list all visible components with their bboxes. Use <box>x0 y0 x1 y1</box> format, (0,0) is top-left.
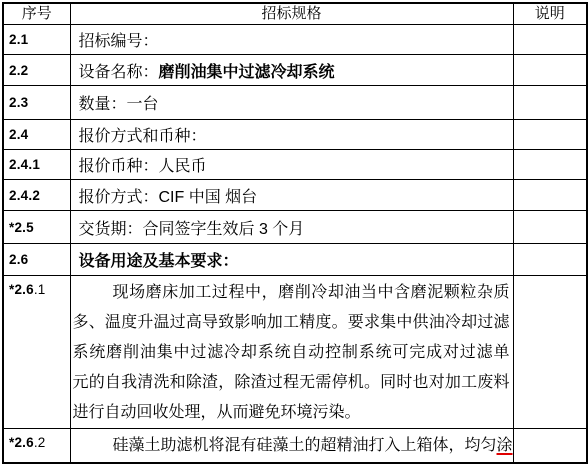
paragraph-line: 系统磨削油集中过滤冷却系统自动控制系统可完成对过滤单 <box>73 338 510 368</box>
serial-cell: 2.2 <box>3 55 70 86</box>
serial-number: *2.6 <box>9 282 34 297</box>
serial-cell: 2.3 <box>3 86 70 120</box>
serial-number: 2.1 <box>9 32 28 47</box>
table-header-row: 序号 招标规格 说明 <box>3 3 587 25</box>
serial-cell: *2.5 <box>3 211 70 244</box>
serial-cell: *2.6.2 <box>3 429 70 463</box>
table-row: *2.6.1 现场磨床加工过程中，磨削冷却油当中含磨泥颗粒杂质 多、温度升温过高… <box>3 276 587 429</box>
paragraph-line: 多、温度升温过高导致影响加工精度。要求集中供油冷却过滤 <box>73 308 510 338</box>
proofing-marked-text: 涂 <box>497 437 513 454</box>
equipment-name: 磨削油集中过滤冷却系统 <box>159 64 335 81</box>
spec-cell: 报价币种：人民币 <box>70 150 513 180</box>
spec-cell: 报价方式和币种： <box>70 120 513 150</box>
serial-cell: 2.4.2 <box>3 180 70 211</box>
spec-paragraph-cell: 现场磨床加工过程中，磨削冷却油当中含磨泥颗粒杂质 多、温度升温过高导致影响加工精… <box>70 276 513 429</box>
serial-number: *2.5 <box>9 220 34 235</box>
serial-number: 2.4.2 <box>9 188 40 203</box>
serial-cell: 2.4 <box>3 120 70 150</box>
section-heading: 设备用途及基本要求： <box>79 253 239 270</box>
spec-text: 交货期：合同签字生效后 3 个月 <box>79 221 305 238</box>
serial-number: 2.4.1 <box>9 157 40 172</box>
serial-number: 2.2 <box>9 63 28 78</box>
table-row: 2.4 报价方式和币种： <box>3 120 587 150</box>
note-cell <box>513 120 587 150</box>
spec-text: 招标编号： <box>79 33 159 50</box>
spec-cell: 交货期：合同签字生效后 3 个月 <box>70 211 513 244</box>
spec-label: 设备名称： <box>79 64 159 81</box>
serial-number: 2.3 <box>9 95 28 110</box>
table-row: 2.3 数量：一台 <box>3 86 587 120</box>
note-cell <box>513 55 587 86</box>
serial-cell: *2.6.1 <box>3 276 70 429</box>
tender-spec-table: 序号 招标规格 说明 2.1 招标编号： 2.2 设备名称：磨削油集中过滤冷却系… <box>2 2 588 464</box>
serial-number-tail: .2 <box>34 435 46 450</box>
paragraph-line: 硅藻土助滤机将混有硅藻土的超精油打入上箱体，均匀涂 <box>73 431 510 461</box>
table-row: 2.6 设备用途及基本要求： <box>3 244 587 276</box>
table-row: 2.4.2 报价方式：CIF 中国 烟台 <box>3 180 587 211</box>
table-row: 2.1 招标编号： <box>3 25 587 55</box>
paragraph-line: 现场磨床加工过程中，磨削冷却油当中含磨泥颗粒杂质 <box>73 278 510 308</box>
table-row: *2.6.2 硅藻土助滤机将混有硅藻土的超精油打入上箱体，均匀涂 <box>3 429 587 463</box>
note-cell <box>513 211 587 244</box>
spec-cell: 设备名称：磨削油集中过滤冷却系统 <box>70 55 513 86</box>
serial-cell: 2.6 <box>3 244 70 276</box>
spec-text: 报价方式和币种： <box>79 128 207 145</box>
note-cell <box>513 244 587 276</box>
spec-paragraph-cell: 硅藻土助滤机将混有硅藻土的超精油打入上箱体，均匀涂 <box>70 429 513 463</box>
table-row: 2.4.1 报价币种：人民币 <box>3 150 587 180</box>
note-cell <box>513 25 587 55</box>
spec-cell: 数量：一台 <box>70 86 513 120</box>
note-cell <box>513 180 587 211</box>
spec-text: 报价币种：人民币 <box>79 158 207 175</box>
spec-cell: 设备用途及基本要求： <box>70 244 513 276</box>
table-row: 2.2 设备名称：磨削油集中过滤冷却系统 <box>3 55 587 86</box>
serial-number: *2.6 <box>9 435 34 450</box>
serial-number: 2.6 <box>9 252 28 267</box>
note-cell <box>513 150 587 180</box>
serial-number-tail: .1 <box>34 282 46 297</box>
serial-number: 2.4 <box>9 127 28 142</box>
note-cell <box>513 429 587 463</box>
spec-text: 硅藻土助滤机将混有硅藻土的超精油打入上箱体，均匀 <box>113 437 497 454</box>
spec-text: 数量：一台 <box>79 96 159 113</box>
paragraph-line: 进行自动回收处理，从而避免环境污染。 <box>73 398 510 428</box>
spec-cell: 招标编号： <box>70 25 513 55</box>
paragraph-line: 元的自我清洗和除渣，除渣过程无需停机。同时也对加工废料 <box>73 368 510 398</box>
spec-cell: 报价方式：CIF 中国 烟台 <box>70 180 513 211</box>
note-cell <box>513 276 587 429</box>
note-cell <box>513 86 587 120</box>
serial-cell: 2.4.1 <box>3 150 70 180</box>
serial-cell: 2.1 <box>3 25 70 55</box>
header-tender-spec: 招标规格 <box>70 3 513 25</box>
spec-text: 报价方式：CIF 中国 烟台 <box>79 189 258 206</box>
header-note: 说明 <box>513 3 587 25</box>
header-serial-number: 序号 <box>3 3 70 25</box>
table-row: *2.5 交货期：合同签字生效后 3 个月 <box>3 211 587 244</box>
document-page: 序号 招标规格 说明 2.1 招标编号： 2.2 设备名称：磨削油集中过滤冷却系… <box>0 0 588 467</box>
